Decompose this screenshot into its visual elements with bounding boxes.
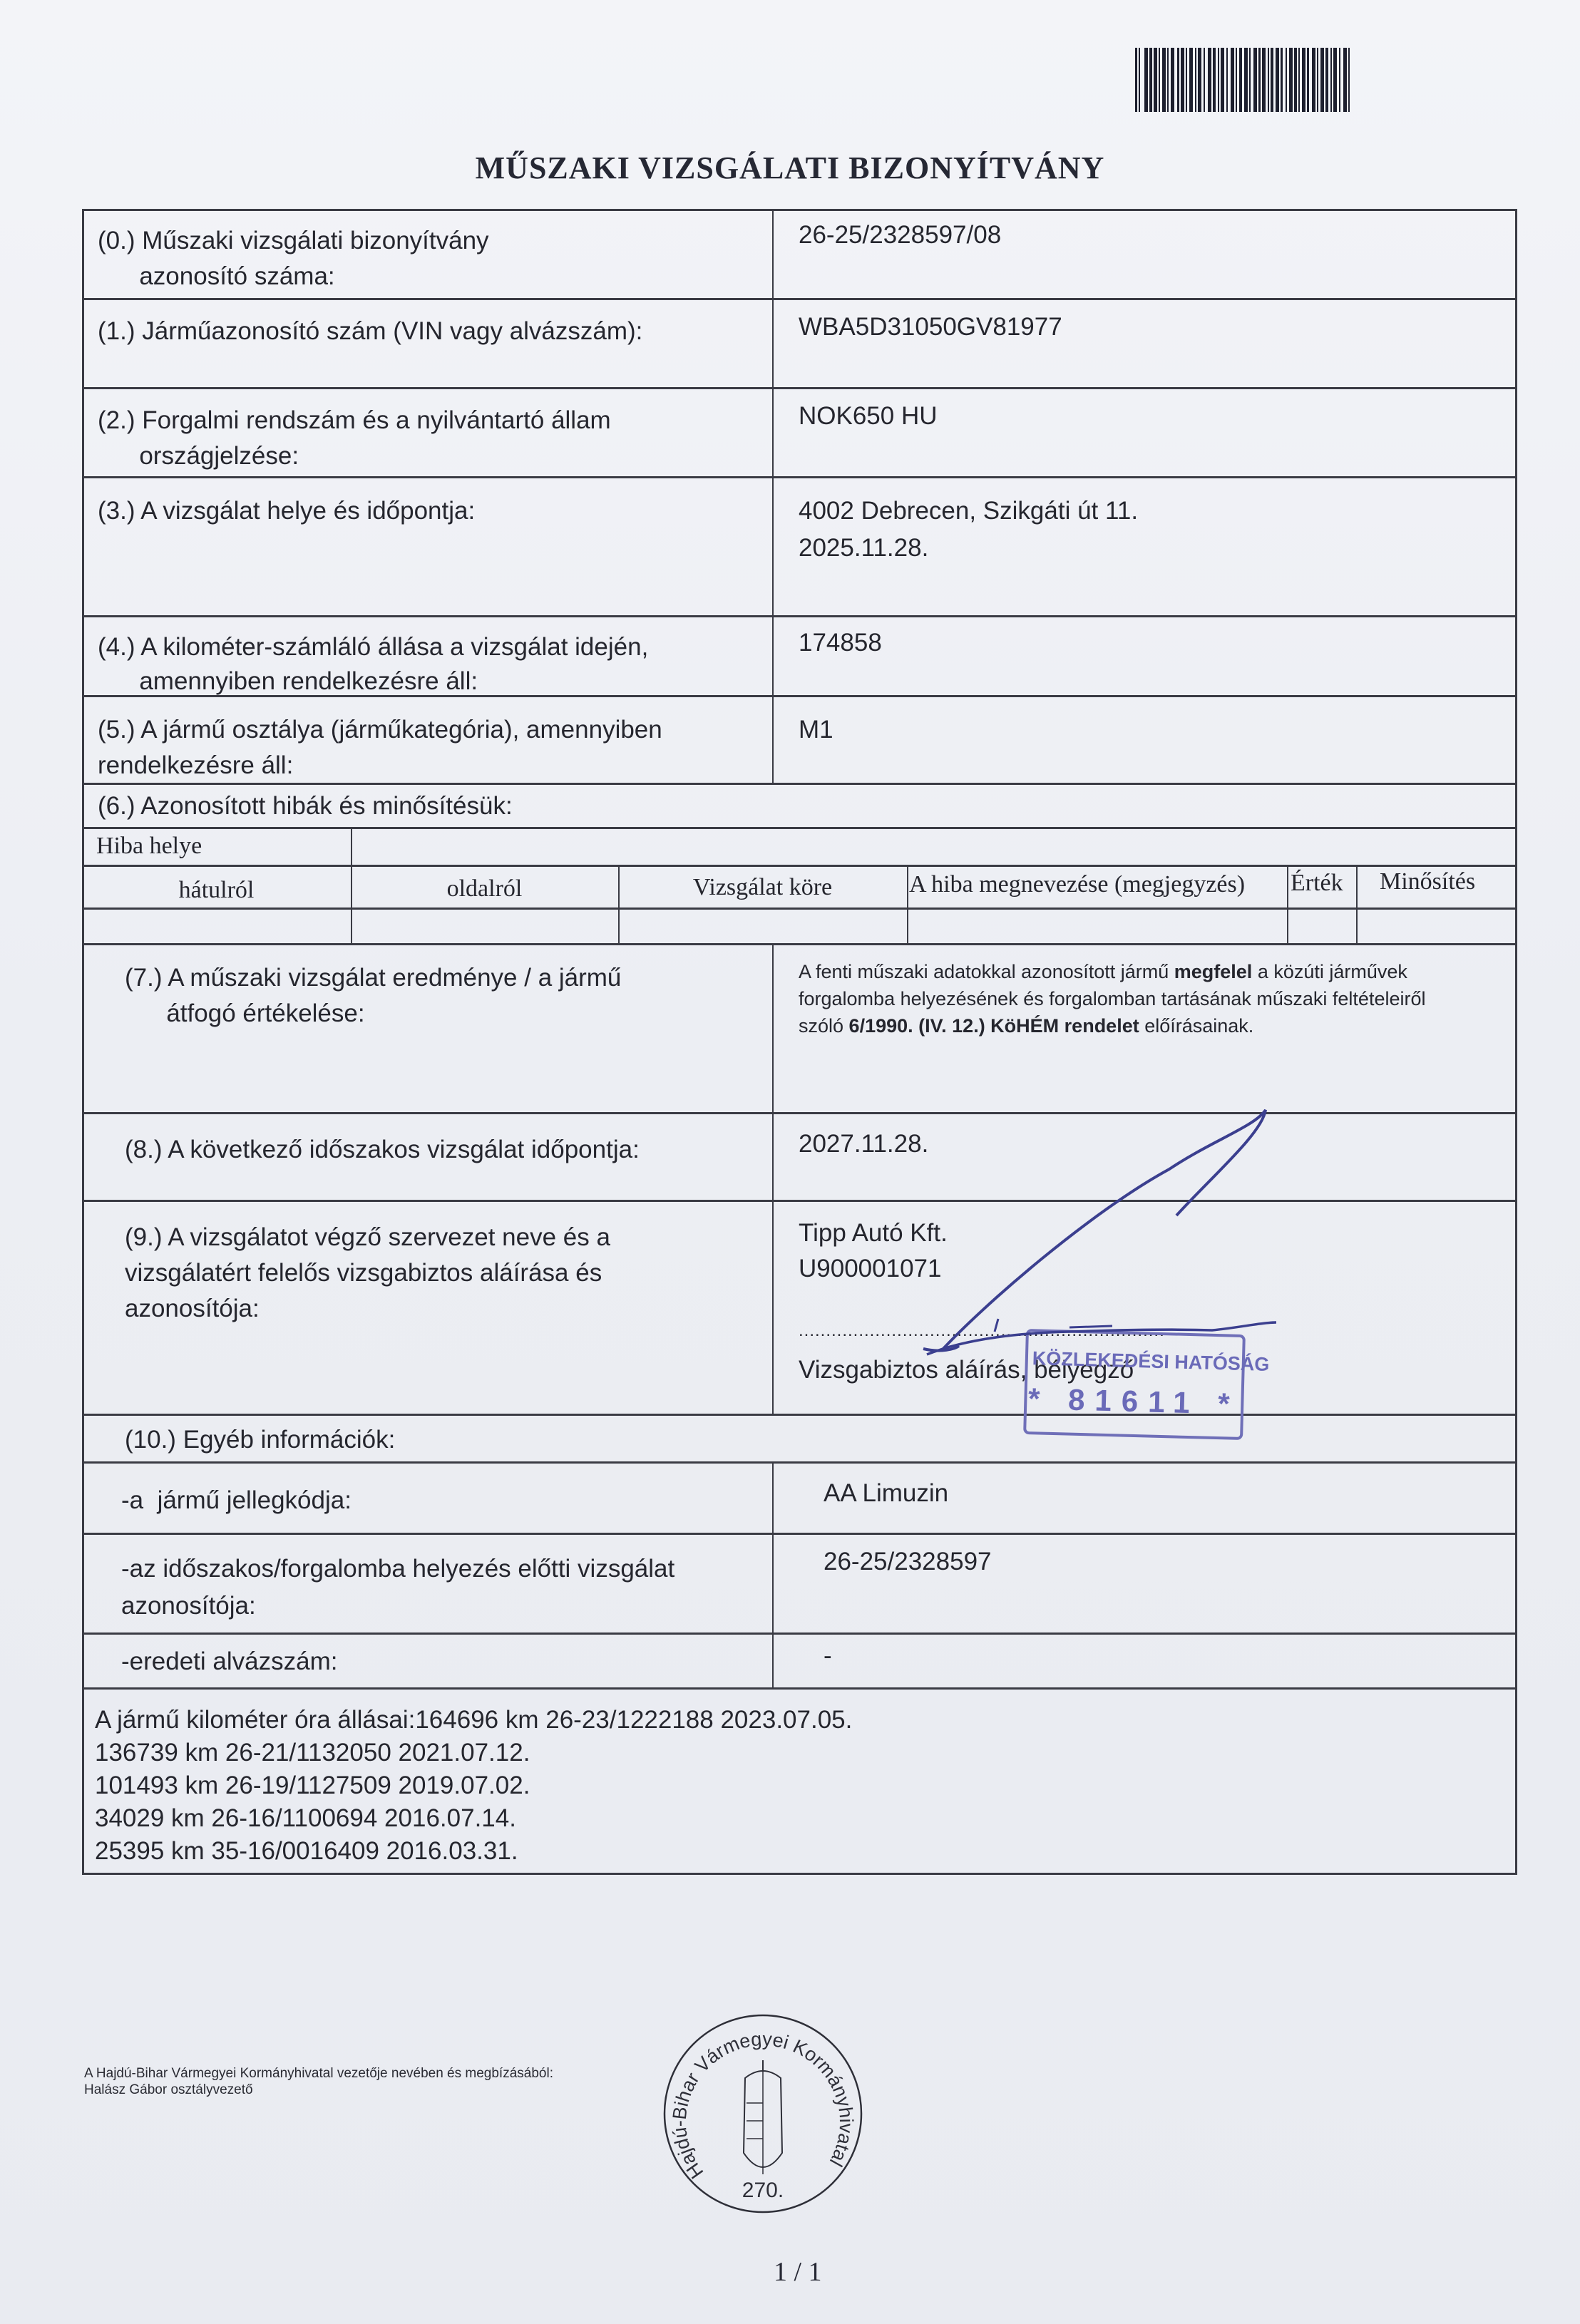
field-label: (3.) A vizsgálat helye és időpontja: <box>98 493 475 530</box>
other-info-label: -a jármű jellegkódja: <box>121 1482 352 1519</box>
authority-stamp: KÖZLEKEDÉSI HATÓSÁG * 81611 * <box>1023 1329 1246 1440</box>
column-header: A hiba megnevezése (megjegyzés) <box>909 866 1245 903</box>
field-row-3: (3.) A vizsgálat helye és időpontja: 400… <box>82 476 1515 615</box>
vehicle-category-value: M1 <box>799 711 833 749</box>
other-info-label: -eredeti alvázszám: <box>121 1643 337 1680</box>
result-label: átfogó értékelése: <box>125 995 365 1032</box>
odometer-line: 101493 km 26-19/1127509 2019.07.02. <box>95 1769 530 1802</box>
field-label-cell: (3.) A vizsgálat helye és időpontja: <box>82 478 774 615</box>
barcode-icon <box>1135 48 1506 112</box>
inspector-label: (9.) A vizsgálatot végző szervezet neve … <box>125 1219 610 1256</box>
table-right-border <box>1515 209 1517 1875</box>
other-info-label-cell: -eredeti alvázszám: <box>82 1635 774 1687</box>
field-row-0: (0.) Műszaki vizsgálati bizonyítvány azo… <box>82 209 1515 298</box>
previous-inspection-id: 26-25/2328597 <box>824 1543 992 1580</box>
next-inspection-label-cell: (8.) A következő időszakos vizsgálat idő… <box>82 1114 774 1200</box>
vin-value: WBA5D31050GV81977 <box>799 309 1062 346</box>
inspector-row: (9.) A vizsgálatot végző szervezet neve … <box>82 1200 1515 1414</box>
official-seal-icon: Hajdú-Bihar Vármegyei Kormányhivatal 270… <box>660 2010 866 2217</box>
other-info-heading-row: (10.) Egyéb információk: <box>82 1414 1515 1461</box>
column-header: Érték <box>1291 865 1343 902</box>
page-number: 1 / 1 <box>774 2256 822 2288</box>
column-divider <box>1356 865 1358 943</box>
field-label: (0.) Műszaki vizsgálati bizonyítvány <box>98 222 489 259</box>
field-value-cell: 174858 <box>774 617 1515 695</box>
stamp-number: * 81611 * <box>1027 1382 1241 1421</box>
result-label: (7.) A műszaki vizsgálat eredménye / a j… <box>125 960 621 997</box>
defects-location-header: Hiba helye <box>96 828 202 865</box>
field-label-cell: (0.) Műszaki vizsgálati bizonyítvány azo… <box>82 211 774 298</box>
inspector-label: azonosítója: <box>125 1290 260 1327</box>
field-label: (2.) Forgalmi rendszám és a nyilvántartó… <box>98 402 611 439</box>
next-inspection-row: (8.) A következő időszakos vizsgálat idő… <box>82 1112 1515 1200</box>
inspector-label: vizsgálatért felelős vizsgabiztos aláírá… <box>125 1255 602 1292</box>
field-row-2: (2.) Forgalmi rendszám és a nyilvántartó… <box>82 387 1515 476</box>
field-label: (1.) Járműazonosító szám (VIN vagy alváz… <box>98 313 642 350</box>
odometer-line: 25395 km 35-16/0016409 2016.03.31. <box>95 1835 518 1868</box>
field-value-cell: M1 <box>774 697 1515 783</box>
odometer-line: 34029 km 26-16/1100694 2016.07.14. <box>95 1802 516 1835</box>
field-label: (4.) A kilométer-számláló állása a vizsg… <box>98 629 648 666</box>
defects-table: Hiba helye hátulról oldalról Vizsgálat k… <box>82 827 1515 943</box>
next-inspection-value-cell: 2027.11.28. <box>774 1114 1515 1200</box>
seal-number: 270. <box>742 2179 784 2202</box>
stamp-authority-text: KÖZLEKEDÉSI HATÓSÁG <box>1032 1347 1269 1376</box>
plate-value: NOK650 HU <box>799 398 938 435</box>
field-value-cell: WBA5D31050GV81977 <box>774 300 1515 387</box>
field-value-cell: 26-25/2328597/08 <box>774 211 1515 298</box>
document-title: MŰSZAKI VIZSGÁLATI BIZONYÍTVÁNY <box>0 150 1580 186</box>
column-header: oldalról <box>351 870 618 908</box>
odometer-line: A jármű kilométer óra állásai:164696 km … <box>95 1704 852 1737</box>
field-label: rendelkezésre áll: <box>98 747 293 784</box>
field-label: azonosító száma: <box>98 258 335 295</box>
field-label-cell: (1.) Járműazonosító szám (VIN vagy alváz… <box>82 300 774 387</box>
other-info-value-cell: 26-25/2328597 <box>774 1535 1515 1633</box>
odometer-history: A jármű kilométer óra állásai:164696 km … <box>82 1687 1515 1875</box>
field-label-cell: (5.) A jármű osztálya (járműkategória), … <box>82 697 774 783</box>
other-info-row: -eredeti alvázszám: - <box>82 1633 1515 1687</box>
field-value-cell: 4002 Debrecen, Szikgáti út 11. 2025.11.2… <box>774 478 1515 615</box>
odometer-value: 174858 <box>799 624 882 662</box>
inspector-id: U900001071 <box>799 1250 941 1287</box>
other-info-heading: (10.) Egyéb információk: <box>125 1421 395 1459</box>
defects-heading-row: (6.) Azonosított hibák és minősítésük: <box>82 783 1515 827</box>
column-header: hátulról <box>82 872 351 909</box>
defects-heading: (6.) Azonosított hibák és minősítésük: <box>98 788 513 825</box>
column-divider <box>907 865 908 943</box>
original-chassis-number: - <box>824 1637 832 1675</box>
inspection-place: 4002 Debrecen, Szikgáti út 11. <box>799 493 1138 530</box>
other-info-label: -az időszakos/forgalomba helyezés előtti… <box>121 1551 674 1588</box>
organization-name: Tipp Autó Kft. <box>799 1215 948 1252</box>
other-info-label-cell: -az időszakos/forgalomba helyezés előtti… <box>82 1535 774 1633</box>
other-info-value-cell: - <box>774 1635 1515 1687</box>
field-row-4: (4.) A kilométer-számláló állása a vizsg… <box>82 615 1515 695</box>
inspector-label-cell: (9.) A vizsgálatot végző szervezet neve … <box>82 1202 774 1414</box>
other-info-label-cell: -a jármű jellegkódja: <box>82 1464 774 1533</box>
result-text: szóló 6/1990. (IV. 12.) KöHÉM rendelet e… <box>799 1012 1253 1039</box>
next-inspection-label: (8.) A következő időszakos vizsgálat idő… <box>125 1131 640 1168</box>
column-header: Minősítés <box>1380 863 1475 900</box>
field-label: (5.) A jármű osztálya (járműkategória), … <box>98 711 662 749</box>
column-header: Vizsgálat köre <box>618 869 907 906</box>
result-label-cell: (7.) A műszaki vizsgálat eredménye / a j… <box>82 945 774 1112</box>
field-row-5: (5.) A jármű osztálya (járműkategória), … <box>82 695 1515 783</box>
next-inspection-date: 2027.11.28. <box>799 1126 928 1163</box>
other-info-value-cell: AA Limuzin <box>774 1464 1515 1533</box>
certificate-number: 26-25/2328597/08 <box>799 217 1001 254</box>
result-text: A fenti műszaki adatokkal azonosított já… <box>799 958 1407 985</box>
field-label-cell: (4.) A kilométer-számláló állása a vizsg… <box>82 617 774 695</box>
other-info-row: -a jármű jellegkódja: AA Limuzin <box>82 1461 1515 1533</box>
field-value-cell: NOK650 HU <box>774 389 1515 476</box>
result-text: forgalomba helyezésének és forgalomban t… <box>799 985 1425 1012</box>
vehicle-type-code: AA Limuzin <box>824 1475 948 1512</box>
field-row-1: (1.) Járműazonosító szám (VIN vagy alváz… <box>82 298 1515 387</box>
field-label: országjelzése: <box>98 438 299 475</box>
inspection-date: 2025.11.28. <box>799 530 928 567</box>
odometer-line: 136739 km 26-21/1132050 2021.07.12. <box>95 1737 530 1769</box>
other-info-label: azonosítója: <box>121 1588 256 1625</box>
column-divider <box>1287 865 1288 943</box>
authority-note: A Hajdú-Bihar Vármegyei Kormányhivatal v… <box>84 2065 553 2098</box>
result-row: (7.) A műszaki vizsgálat eredménye / a j… <box>82 943 1515 1112</box>
field-label-cell: (2.) Forgalmi rendszám és a nyilvántartó… <box>82 389 774 476</box>
result-value-cell: A fenti műszaki adatokkal azonosított já… <box>774 945 1515 1112</box>
other-info-row: -az időszakos/forgalomba helyezés előtti… <box>82 1533 1515 1633</box>
